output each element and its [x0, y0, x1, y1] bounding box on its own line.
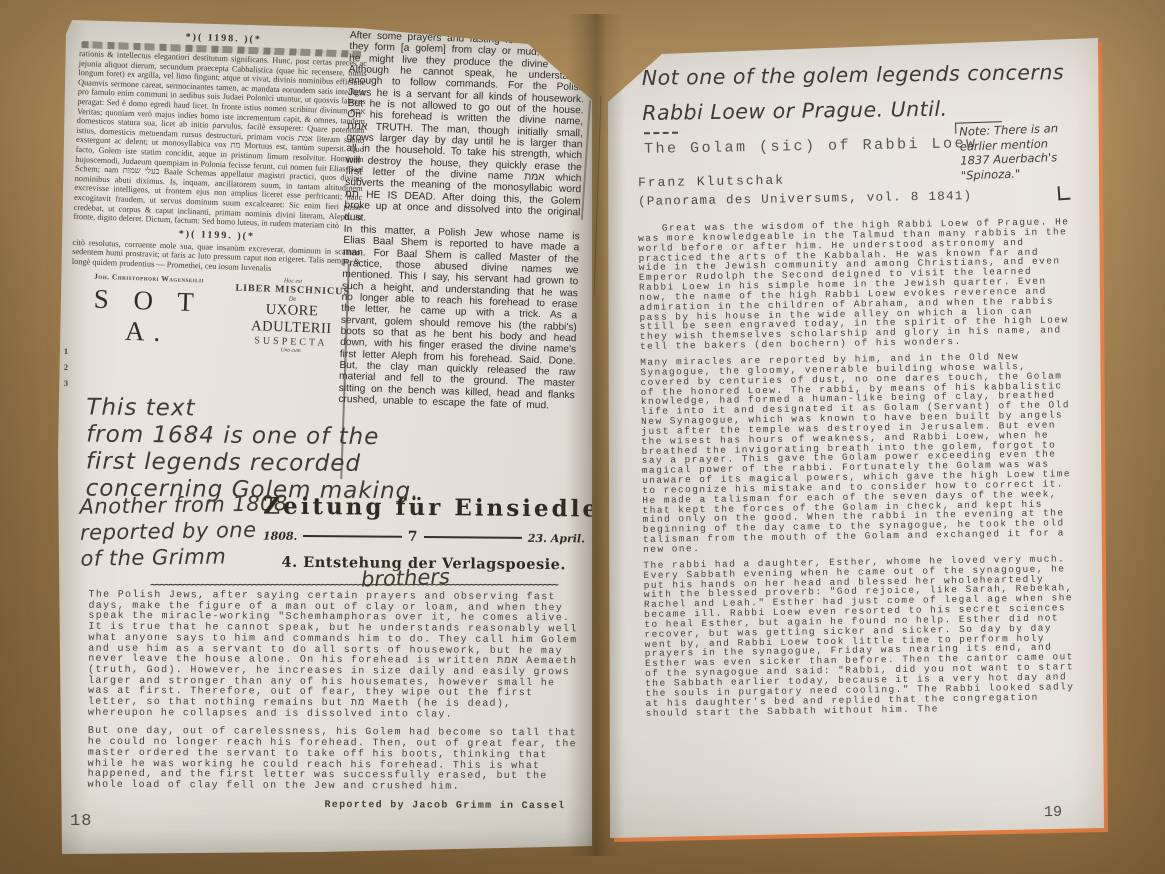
wagenseil-title-block: Joh. Christophori Wagenseilii S O T A. H…	[69, 271, 359, 356]
story-paragraph: Great was the wisdom of the high Rabbi L…	[638, 217, 1076, 352]
article-author: Franz Klutschak	[638, 173, 785, 191]
old-book-author: Joh. Christophori Wagenseilii	[71, 271, 227, 285]
handwritten-margin-note: Note: There is an earlier mention 1837 A…	[959, 119, 1111, 182]
translation-paragraph: In this matter, a Polish Jew whose name …	[338, 224, 580, 413]
de-line: De	[226, 294, 359, 306]
story-paragraph: The rabbi had a daughter, Esther, whome …	[643, 554, 1081, 718]
gutter-crease	[594, 96, 602, 296]
rule-line	[303, 535, 401, 538]
grimm-paragraph: The Polish Jews, after saying certain pr…	[88, 591, 585, 722]
column-divider-line	[340, 264, 349, 479]
zeitung-year: 1808.	[263, 529, 298, 542]
handwritten-note-brothers: brothers	[361, 564, 451, 591]
title-right-column: Hoc est LIBER MISCHNICUS De UXORE ADULTE…	[224, 277, 359, 357]
latin-text-block-1: rationis & intellectus elegantiori desti…	[73, 49, 367, 232]
old-book-title-sota: S O T A.	[69, 283, 227, 350]
book-page-right: Not one of the golem legends concerns Ra…	[592, 28, 1116, 840]
handwritten-note-top: Not one of the golem legends concerns Ra…	[642, 55, 1065, 131]
story-paragraph: Many miracles are reported by him, and i…	[640, 351, 1079, 555]
article-source: (Panorama des Universums, vol. 8 1841)	[638, 189, 973, 209]
book-page-left: *)( 1198. )(* rationis & intellectus ele…	[58, 14, 594, 856]
una-cum-line: Una cum	[224, 346, 357, 357]
handwritten-note-1808: Another from 1808 reported by one of the…	[79, 490, 289, 572]
liber-mischnicus-line: LIBER MISCHNICUS	[226, 283, 359, 299]
insertion-mark	[1058, 186, 1071, 201]
zeitung-date-row: 1808. 7 23. April.	[263, 528, 585, 547]
grimm-legend-text: The Polish Jews, after saying certain pr…	[87, 591, 584, 813]
wavy-separator	[150, 580, 580, 590]
page-number-19: 19	[1044, 804, 1062, 821]
illegible-line	[81, 41, 361, 58]
hoc-est-line: Hoc est	[227, 277, 360, 288]
page-ornament-1198: *)( 1198. )(*	[80, 28, 368, 49]
margin-tick-marks: 123	[64, 344, 70, 392]
page-number-18: 18	[70, 812, 92, 831]
underline-dashes	[644, 132, 678, 135]
zeitung-masthead: Zeitung für Einsiedler.	[263, 493, 585, 523]
grimm-paragraph: But one day, out of carelessness, his Go…	[88, 727, 584, 794]
rule-line	[423, 536, 521, 539]
suspecta-line: SUSPECTA	[225, 335, 358, 351]
uxore-adulterii-line: UXORE ADULTERII	[225, 301, 359, 340]
zeitung-date: 23. April.	[528, 531, 585, 544]
translation-paragraph: After some prayers and fasting for sever…	[344, 30, 586, 230]
klutschak-story-text: Great was the wisdom of the high Rabbi L…	[638, 217, 1082, 724]
page-ornament-1199: *)( 1199. )(*	[73, 225, 361, 246]
zeitung-issue-number: 7	[408, 529, 418, 545]
article-title: The Golam (sic) of Rabbi Loew	[644, 135, 978, 158]
handwritten-note-1684: This text from 1684 is one of the first …	[86, 395, 421, 506]
grimm-attribution: Reported by Jacob Grimm in Cassel	[87, 799, 565, 812]
modern-translation-column: After some prayers and fasting for sever…	[338, 30, 586, 413]
old-latin-print: *)( 1198. )(* rationis & intellectus ele…	[69, 28, 368, 356]
zeitung-article-title: 4. Entstehung der Verlagspoesie.	[263, 554, 585, 574]
latin-text-block-2: citò resolutus, corruente mole sua, quae…	[72, 238, 361, 277]
zeitung-masthead-block: Zeitung für Einsiedler. 1808. 7 23. Apri…	[263, 493, 586, 574]
title-left-column: Joh. Christophori Wagenseilii S O T A.	[69, 271, 227, 351]
